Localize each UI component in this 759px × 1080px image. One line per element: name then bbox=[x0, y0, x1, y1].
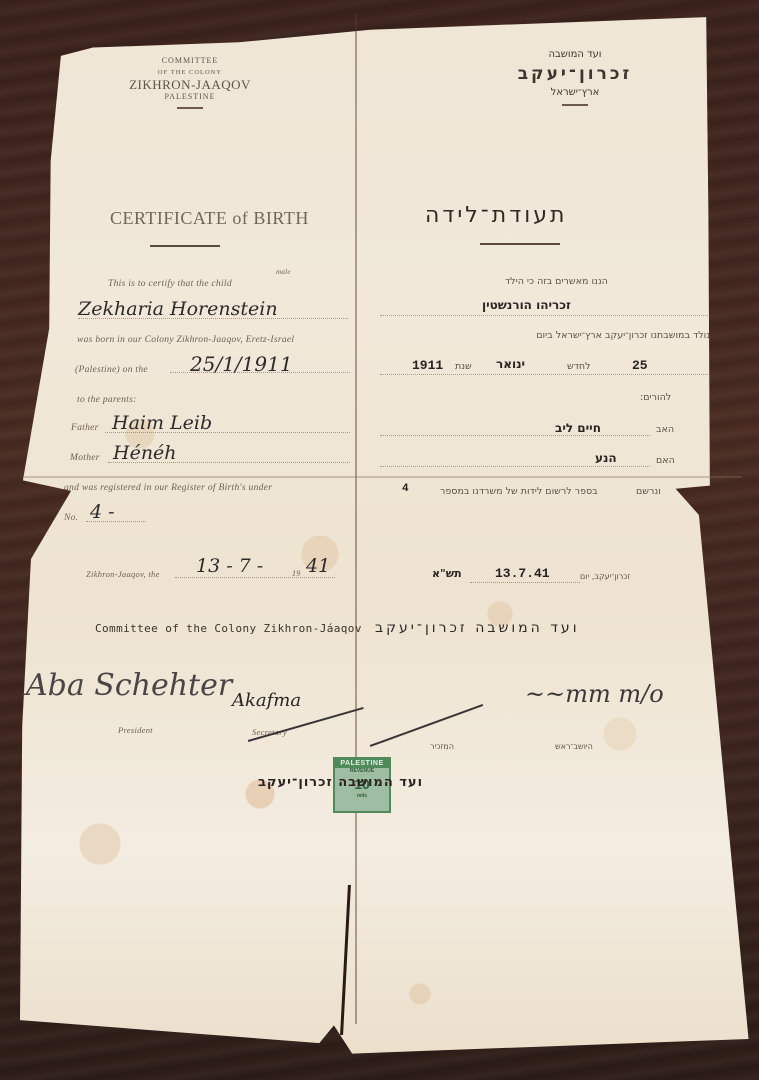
vertical-fold-line bbox=[355, 14, 357, 1024]
hebrew-father-line bbox=[380, 435, 650, 436]
birth-day-hebrew: 25 bbox=[632, 358, 648, 373]
mother-name-line bbox=[108, 462, 350, 463]
revenue-stamp-label: REVENUE bbox=[335, 768, 389, 775]
issue-date-english: 13 - 7 - bbox=[196, 555, 263, 577]
parents-label: to the parents: bbox=[77, 395, 137, 405]
committee-ink-stamp: ועד המושבה זכרון־יעקב bbox=[258, 775, 423, 790]
letterhead-country: PALESTINE bbox=[80, 91, 300, 103]
hebrew-letterhead-country: ארץ־ישראל bbox=[490, 86, 660, 100]
hebrew-year-short: תש"א bbox=[432, 567, 462, 580]
child-name-english: Zekharia Horenstein bbox=[78, 298, 278, 320]
birth-date-line bbox=[170, 372, 350, 373]
revenue-stamp-country: PALESTINE bbox=[335, 759, 389, 768]
hebrew-letterhead-line-1: ועד המושבה bbox=[490, 48, 660, 62]
register-number-hebrew: 4 bbox=[402, 483, 409, 495]
birth-month-hebrew: ינואר bbox=[496, 357, 525, 371]
hebrew-birth-date-line bbox=[380, 374, 710, 375]
horizontal-fold-line bbox=[22, 476, 742, 478]
father-name-line bbox=[105, 432, 350, 433]
mother-name-english: Hénéh bbox=[113, 442, 177, 464]
on-the-label: (Palestine) on the bbox=[75, 365, 148, 375]
child-name-line bbox=[78, 318, 348, 319]
issue-date-hebrew: 13.7.41 bbox=[495, 566, 550, 581]
born-text: was born in our Colony Zikhron-Jaaqov, E… bbox=[77, 335, 294, 345]
hebrew-letterhead-ornament bbox=[562, 104, 588, 106]
register-no-label: No. bbox=[64, 513, 78, 523]
letterhead-ornament bbox=[177, 107, 203, 109]
hebrew-born-text: נולד במושבתנו זכרון־יעקב ארץ־ישראל ביום bbox=[377, 330, 710, 341]
hebrew-mother-label: האם bbox=[656, 455, 675, 466]
hebrew-child-name-line bbox=[380, 315, 710, 316]
issue-date-line bbox=[175, 577, 335, 578]
certificate-paper bbox=[20, 14, 750, 1062]
gender-note: male bbox=[276, 268, 291, 276]
certify-text: This is to certify that the child bbox=[108, 279, 232, 289]
hebrew-month-label: לחדש bbox=[567, 361, 591, 372]
title-underline-hebrew bbox=[480, 243, 560, 245]
hebrew-issue-date-line bbox=[470, 582, 580, 583]
place-date-label: Zikhron-Jaaqov, the bbox=[86, 569, 160, 579]
president-label: President bbox=[118, 725, 153, 735]
hebrew-chairman-label: היושב־ראש bbox=[555, 742, 593, 751]
committee-line-hebrew: ועד המושבה זכרון־יעקב bbox=[375, 620, 580, 636]
hebrew-registered-text: בספר לרשום לידות של משרדנו במספר bbox=[440, 486, 598, 497]
hebrew-registered-prefix: ונרשם bbox=[636, 486, 661, 497]
child-name-hebrew: זכריהו הורנשטין bbox=[482, 298, 571, 312]
hebrew-year-label: שנת bbox=[455, 361, 472, 372]
hebrew-letterhead: ועד המושבה זכרון־יעקב ארץ־ישראל bbox=[490, 48, 660, 106]
father-name-hebrew: חיים ליב bbox=[555, 421, 601, 435]
register-number-english: 4 - bbox=[90, 501, 115, 523]
mother-name-hebrew: הנע bbox=[595, 451, 617, 465]
hebrew-letterhead-colony-name: זכרון־יעקב bbox=[490, 62, 660, 86]
letterhead-line-1: COMMITTEE bbox=[80, 55, 300, 67]
hebrew-secretary-label: המזכיר bbox=[430, 742, 454, 751]
birth-year-hebrew: 1911 bbox=[412, 358, 443, 373]
chairman-signature-scribble: ~~mm m/o bbox=[525, 680, 664, 708]
hebrew-parents-label: להורים: bbox=[640, 392, 671, 403]
president-signature: Aba Schehter bbox=[26, 668, 232, 703]
mother-label: Mother bbox=[70, 453, 100, 463]
hebrew-father-label: האב bbox=[656, 424, 674, 435]
secretary-signature: Akafma bbox=[232, 690, 301, 711]
committee-line-english: Committee of the Colony Zikhron-Jáaqov bbox=[95, 622, 362, 635]
issue-year-suffix: 41 bbox=[306, 555, 330, 577]
register-number-line bbox=[86, 521, 146, 522]
father-label: Father bbox=[71, 423, 99, 433]
title-english: CERTIFICATE of BIRTH bbox=[110, 208, 309, 229]
english-letterhead: COMMITTEE OF THE COLONY ZIKHRON-JAAQOV P… bbox=[80, 55, 300, 109]
title-underline-english bbox=[150, 245, 220, 247]
title-hebrew: תעודת־לידה bbox=[425, 203, 567, 228]
secretary-label: Secretary bbox=[252, 727, 287, 737]
hebrew-mother-line bbox=[380, 466, 650, 467]
father-name-english: Haim Leib bbox=[112, 412, 212, 434]
letterhead-colony-name: ZIKHRON-JAAQOV bbox=[80, 79, 300, 91]
hebrew-certify-text: הננו מאשרים בזה כי הילד bbox=[505, 276, 608, 287]
hebrew-place-date-label: זכרון־יעקב, יום bbox=[580, 572, 630, 581]
registered-text: and was registered in our Register of Bi… bbox=[64, 483, 272, 493]
revenue-stamp-currency: mils bbox=[335, 793, 389, 799]
